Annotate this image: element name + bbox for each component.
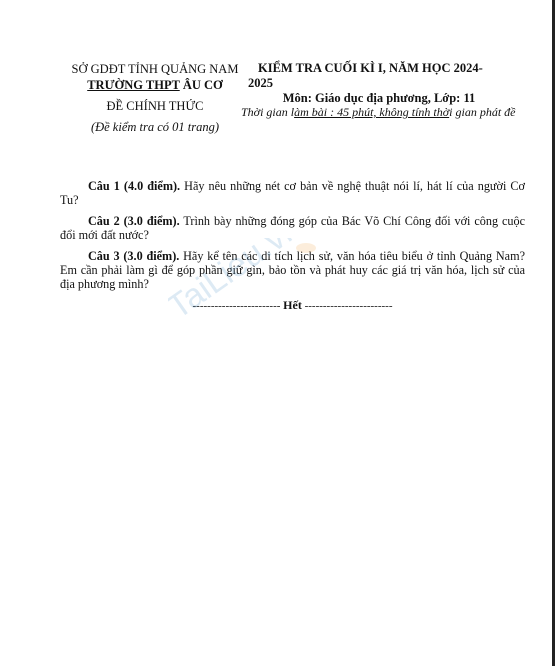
subject-line: Môn: Giáo dục địa phương, Lớp: 11 [241,91,517,106]
time-underlined: àm bài : 45 phút, không tính thờ [294,105,449,119]
time-suffix: i gian phát đề [449,105,515,119]
question-list: Câu 1 (4.0 điểm). Hãy nêu những nét cơ b… [60,179,525,313]
school-name-underlined: TRƯỜNG THPT [87,78,180,92]
header-left: SỞ GDĐT TỈNH QUẢNG NAM TRƯỜNG THPT ÂU CƠ… [60,61,250,135]
end-dashes-left: ------------------------ [193,300,284,312]
official-label: ĐỀ CHÍNH THỨC [60,98,250,114]
exam-title-line1: KIỂM TRA CUỐI KÌ I, NĂM HỌC 2024- [258,61,483,75]
time-allowed: Thời gian làm bài : 45 phút, không tính … [241,106,517,119]
question-3: Câu 3 (3.0 điểm). Hãy kể tên các di tích… [60,249,525,291]
school-name-rest: ÂU CƠ [180,78,223,92]
exam-title: KIỂM TRA CUỐI KÌ I, NĂM HỌC 2024-2025 [241,61,517,91]
department-name: SỞ GDĐT TỈNH QUẢNG NAM [60,61,250,77]
exam-title-line2: 2025 [248,76,517,91]
document-page: SỞ GDĐT TỈNH QUẢNG NAM TRƯỜNG THPT ÂU CƠ… [0,0,553,666]
question-2-label: Câu 2 (3.0 điểm). [88,214,180,228]
question-2: Câu 2 (3.0 điểm). Trình bày những đóng g… [60,214,525,242]
end-label: Hết [283,298,302,312]
question-1-label: Câu 1 (4.0 điểm). [88,179,180,193]
time-prefix: Thời gian l [241,105,294,119]
page-count-note: (Đề kiểm tra có 01 trang) [60,119,250,135]
header-right: KIỂM TRA CUỐI KÌ I, NĂM HỌC 2024-2025 Mô… [241,61,517,119]
end-dashes-right: ------------------------ [302,300,393,312]
question-3-label: Câu 3 (3.0 điểm). [88,249,179,263]
question-1: Câu 1 (4.0 điểm). Hãy nêu những nét cơ b… [60,179,525,207]
school-name: TRƯỜNG THPT ÂU CƠ [60,77,250,93]
end-marker: ------------------------ Hết -----------… [60,298,525,313]
